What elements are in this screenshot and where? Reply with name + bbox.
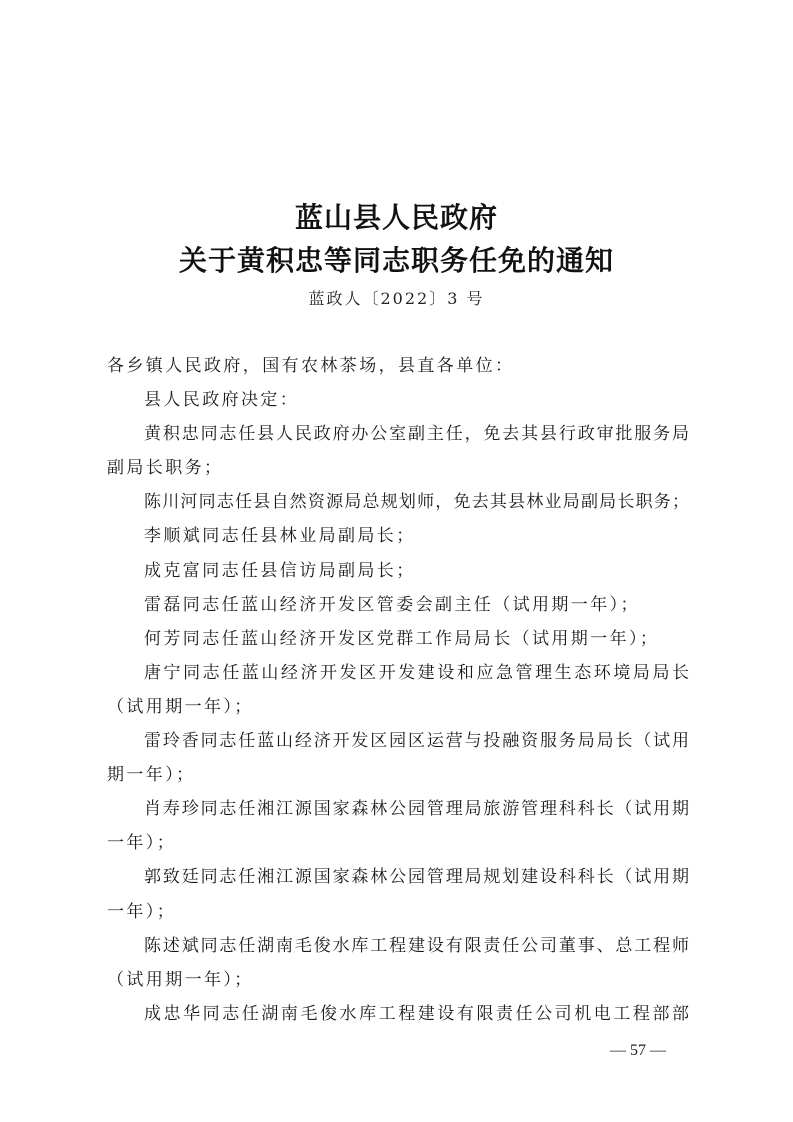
appointment-line: 陈川河同志任县自然资源局总规划师，免去其县林业局副局长职务； [107, 488, 689, 522]
appointment-line: 副局长职务； [107, 454, 689, 488]
appointment-line: 何芳同志任蓝山经济开发区党群工作局局长（试用期一年）； [107, 625, 689, 659]
appointment-line: 郭致廷同志任湘江源国家森林公园管理局规划建设科科长（试用期 [107, 863, 689, 897]
decision-intro: 县人民政府决定： [107, 386, 689, 420]
document-title-issuer: 蓝山县人民政府 [0, 201, 793, 235]
document-title-subject: 关于黄积忠等同志职务任免的通知 [0, 244, 793, 278]
document-number: 蓝政人〔2022〕3 号 [0, 287, 793, 311]
appointment-line: 雷磊同志任蓝山经济开发区管委会副主任（试用期一年）； [107, 591, 689, 625]
appointment-line: （试用期一年）； [107, 693, 689, 727]
appointment-line: 期一年）； [107, 761, 689, 795]
document-page: 蓝山县人民政府 关于黄积忠等同志职务任免的通知 蓝政人〔2022〕3 号 各乡镇… [0, 0, 793, 1122]
page-number: — 57 — [610, 1039, 666, 1063]
appointment-line: 一年）； [107, 898, 689, 932]
appointment-line: （试用期一年）； [107, 966, 689, 1000]
appointment-list: 黄积忠同志任县人民政府办公室副主任，免去其县行政审批服务局副局长职务；陈川河同志… [107, 420, 689, 1034]
appointment-line: 肖寿珍同志任湘江源国家森林公园管理局旅游管理科科长（试用期 [107, 795, 689, 829]
appointment-line: 陈述斌同志任湖南毛俊水库工程建设有限责任公司董事、总工程师 [107, 932, 689, 966]
appointment-line: 成忠华同志任湖南毛俊水库工程建设有限责任公司机电工程部部 [107, 1000, 689, 1034]
appointment-line: 李顺斌同志任县林业局副局长； [107, 522, 689, 556]
appointment-line: 唐宁同志任蓝山经济开发区开发建设和应急管理生态环境局局长 [107, 659, 689, 693]
appointment-line: 成克富同志任县信访局副局长； [107, 557, 689, 591]
appointment-line: 一年）； [107, 829, 689, 863]
document-body: 各乡镇人民政府，国有农林茶场，县直各单位： 县人民政府决定： 黄积忠同志任县人民… [107, 352, 689, 1034]
appointment-line: 黄积忠同志任县人民政府办公室副主任，免去其县行政审批服务局 [107, 420, 689, 454]
appointment-line: 雷玲香同志任蓝山经济开发区园区运营与投融资服务局局长（试用 [107, 727, 689, 761]
salutation: 各乡镇人民政府，国有农林茶场，县直各单位： [107, 352, 689, 386]
